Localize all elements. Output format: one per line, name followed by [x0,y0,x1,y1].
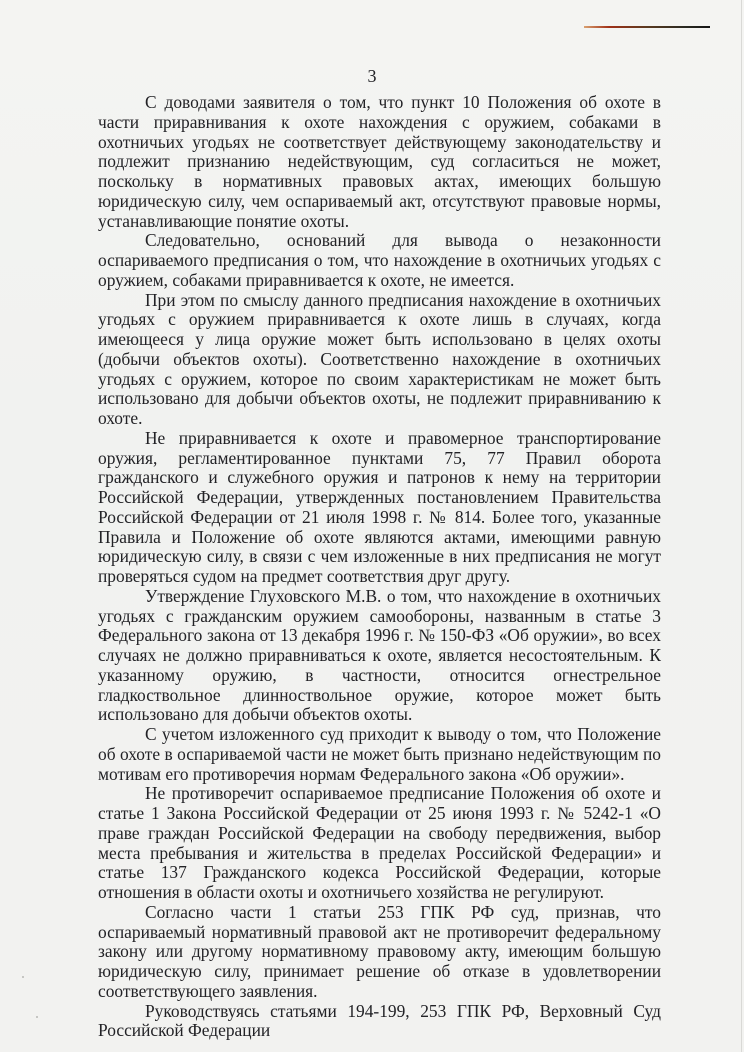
scan-speck [22,976,24,978]
scan-speck [36,1016,38,1018]
scanned-page: 3 С доводами заявителя о том, что пункт … [0,0,744,1052]
paragraph-8: Согласно части 1 статьи 253 ГПК РФ суд, … [98,903,661,1002]
paragraph-1: С доводами заявителя о том, что пункт 10… [98,93,661,231]
paragraph-3: При этом по смыслу данного предписания н… [98,291,661,429]
paragraph-2: Следовательно, оснований для вывода о не… [98,231,661,290]
paragraph-7: Не противоречит оспариваемое предписание… [98,784,661,903]
header-rule [584,26,710,28]
paragraph-5: Утверждение Глуховского М.В. о том, что … [98,587,661,725]
bleed-through-header [235,4,345,16]
paragraph-4: Не приравнивается к охоте и правомерное … [98,429,661,587]
page-edge [741,0,742,1052]
paragraph-9: Руководствуясь статьями 194-199, 253 ГПК… [98,1002,661,1042]
paragraph-6: С учетом изложенного суд приходит к выво… [98,725,661,784]
page-number: 3 [0,66,744,86]
document-body: С доводами заявителя о том, что пункт 10… [98,93,661,1041]
